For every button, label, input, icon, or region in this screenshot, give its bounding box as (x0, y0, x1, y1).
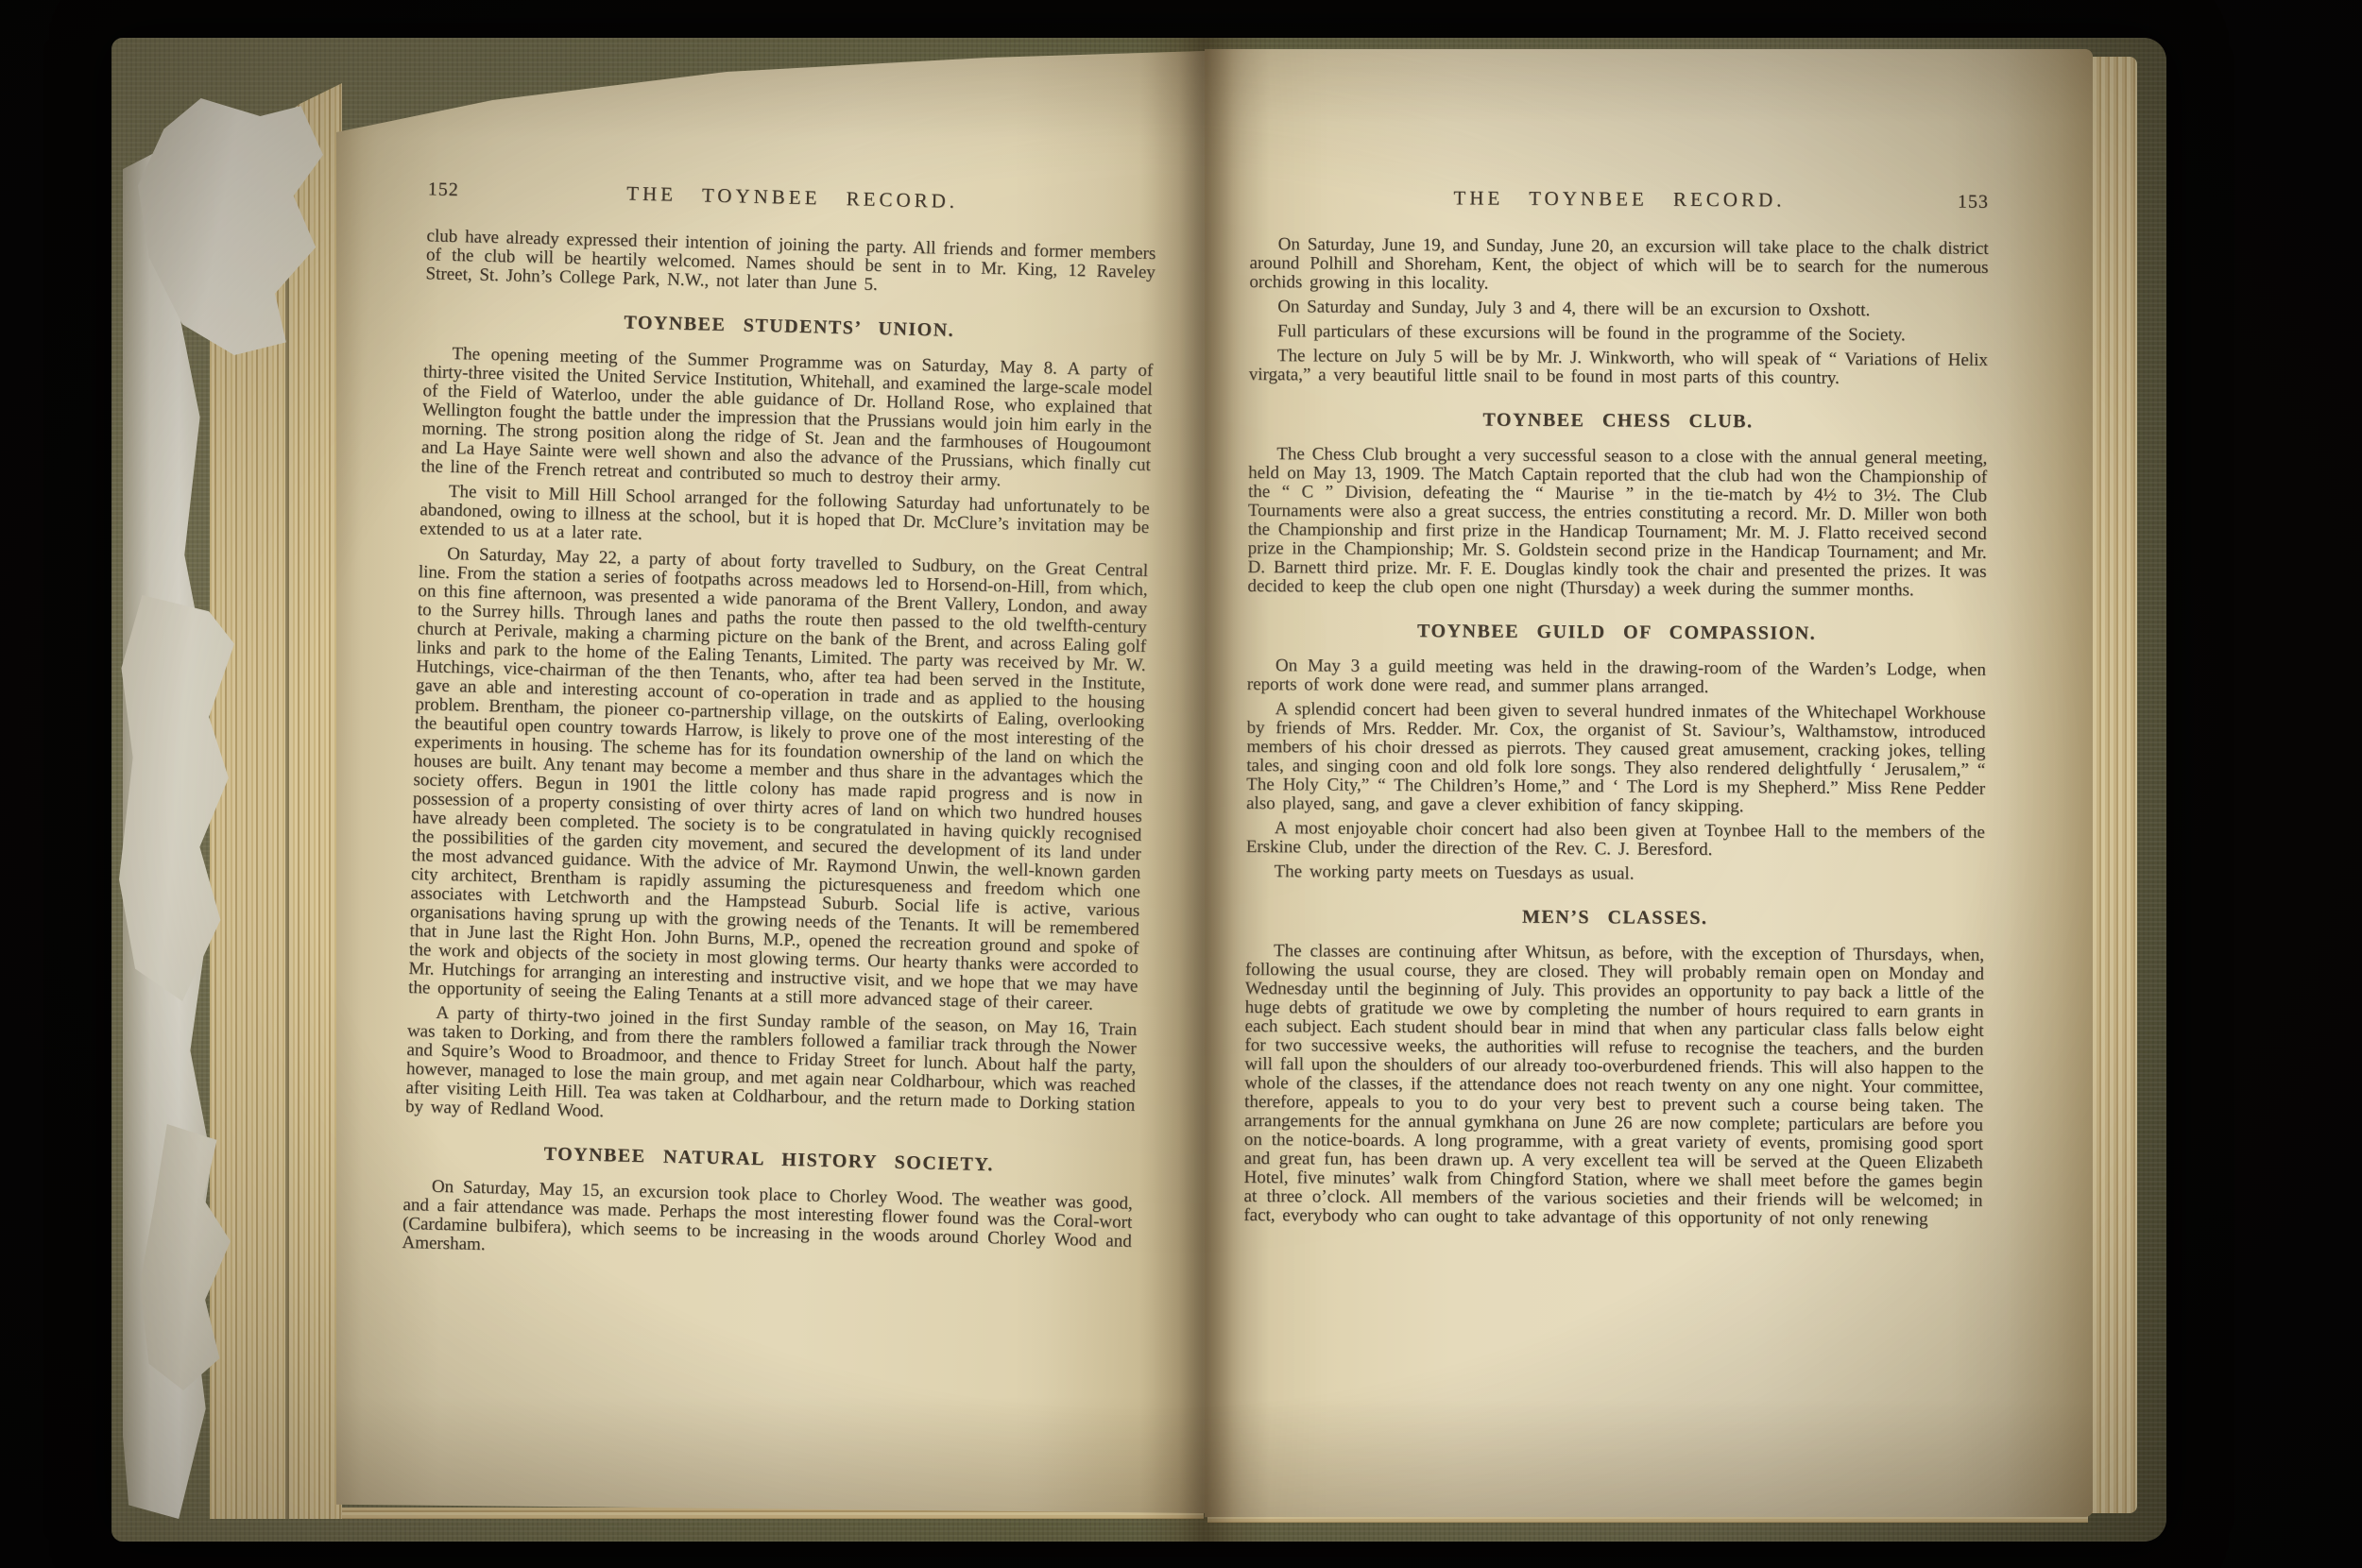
running-head-spacer (1015, 209, 1156, 213)
paragraph: The classes are continuing after Whitsun… (1243, 942, 1984, 1230)
section-heading: TOYNBEE STUDENTS’ UNION. (424, 308, 1154, 345)
section-heading: MEN’S CLASSES. (1245, 906, 1984, 929)
page-edge-dark-line (285, 76, 289, 1519)
paragraph: The lecture on July 5 will be by Mr. J. … (1249, 347, 1988, 389)
paragraph: The opening meeting of the Summer Progra… (420, 344, 1153, 494)
paragraph: On Saturday, May 15, an excursion took p… (402, 1177, 1133, 1270)
section-heading: TOYNBEE GUILD OF COMPASSION. (1247, 621, 1986, 644)
page-number: 152 (427, 179, 569, 202)
paragraph: On Saturday, June 19, and Sunday, June 2… (1249, 235, 1988, 297)
paragraph: Full particulars of these excursions wil… (1249, 322, 1988, 346)
photo-background: { "colors": { "background": "#060504", "… (0, 0, 2362, 1568)
page-number: 153 (1847, 192, 1989, 212)
paragraph: The working party meets on Tuesdays as u… (1246, 862, 1985, 886)
paragraph: On May 3 a guild meeting was held in the… (1247, 656, 1986, 699)
left-page-text: 152 THE TOYNBEE RECORD. club have alread… (402, 179, 1157, 1276)
paragraph: On Saturday, May 22, a party of about fo… (408, 544, 1148, 1015)
paragraph: A party of thirty-two joined in the firs… (405, 1003, 1138, 1134)
right-page-text: THE TOYNBEE RECORD. 153 On Saturday, Jun… (1243, 187, 1989, 1236)
running-head-spacer (1250, 203, 1392, 204)
running-head-right: THE TOYNBEE RECORD. 153 (1250, 187, 1989, 212)
running-title: THE TOYNBEE RECORD. (1392, 188, 1847, 210)
section-heading: TOYNBEE CHESS CLUB. (1248, 409, 1987, 433)
paragraph: A most enjoyable choir concert had also … (1246, 819, 1985, 861)
paragraph: club have already expressed their intent… (425, 227, 1155, 301)
book: 152 THE TOYNBEE RECORD. club have alread… (111, 38, 2166, 1542)
paragraph: The Chess Club brought a very successful… (1247, 445, 1987, 601)
section-heading: TOYNBEE NATURAL HISTORY SOCIETY. (404, 1141, 1134, 1178)
paragraph: A splendid concert had been given to sev… (1246, 700, 1986, 818)
right-page-edge-stack (2088, 57, 2137, 1513)
paragraph: On Saturday and Sunday, July 3 and 4, th… (1249, 298, 1988, 321)
